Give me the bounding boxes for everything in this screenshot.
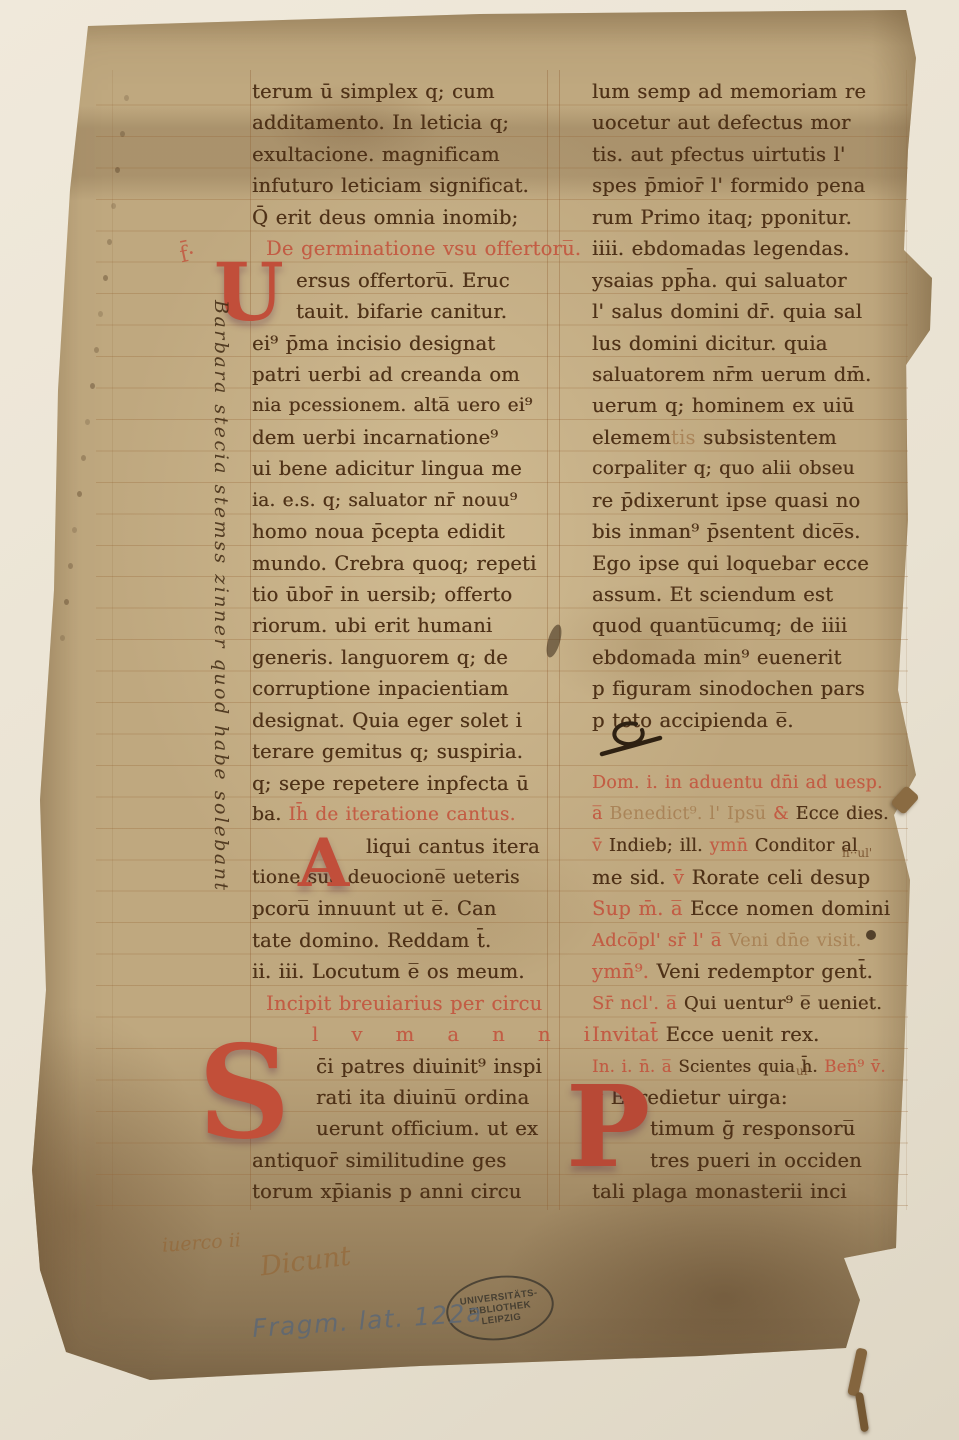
text-segment-red: v̄ <box>673 866 692 889</box>
manuscript-text-line: ia. e.s. q; saluator nr̄ nouu⁹ <box>252 485 552 516</box>
interlinear-gloss-2: ul' <box>796 1064 811 1078</box>
text-segment-ink: Indieb; ill. <box>609 836 710 856</box>
text-segment-red: ymn̄⁹. <box>592 960 656 983</box>
manuscript-text-line: corpaliter q; quo alii obseu <box>592 453 906 484</box>
manuscript-text-line: Incipit breuiarius per circu <box>252 988 552 1019</box>
manuscript-text-line: ba. Ih̄ de iteratione cantus. <box>252 799 552 830</box>
manuscript-text-line: Ego ipse qui loquebar ecce <box>592 548 906 579</box>
manuscript-text-line: tauit. bifarie canitur. <box>252 296 552 327</box>
text-segment-ink: timum ḡ responsoru̅ <box>650 1117 855 1140</box>
manuscript-text-line: torum xp̄ianis p anni circu <box>252 1176 552 1207</box>
text-segment-ink: dem uerbi incarnatione⁹ <box>252 426 498 449</box>
margin-annotation: Barbara stecia stemss zinner quod habe s… <box>210 300 232 1000</box>
manuscript-text-line: q; sepe repetere inpfecta ū <box>252 768 552 799</box>
text-segment-ink: me sid. <box>592 866 673 889</box>
manuscript-text-line: Sr̄ ncl'. a̅ Qui uentur⁹ e̅ ueniet. <box>592 988 906 1019</box>
manuscript-text-line: l' salus domini dr̄. quia sal <box>592 296 906 327</box>
prick-hole <box>77 491 82 497</box>
manuscript-text-line: spes p̄mior̄ l' formido pena <box>592 170 906 201</box>
text-segment-ink: elemem <box>592 426 671 449</box>
manuscript-text-line: ii. iii. Locutum e̅ os meum. <box>252 956 552 987</box>
text-segment-ink: saluatorem nr̄m uerum dm̄. <box>592 363 871 386</box>
text-segment-ink: riorum. ubi erit humani <box>252 614 492 637</box>
manuscript-text-line: assum. Et sciendum est <box>592 579 906 610</box>
manuscript-text-line: ei⁹ p̄ma incisio designat <box>252 328 552 359</box>
manuscript-text-line: homo noua p̄cepta edidit <box>252 516 552 547</box>
text-segment-faded: Benedict⁹. l' Ipsu̅ <box>609 804 773 824</box>
manuscript-text-line: riorum. ubi erit humani <box>252 610 552 641</box>
text-segment-ink: quod quantu̅cumq; de iiii <box>592 614 847 637</box>
manuscript-text-line: lus domini dicitur. quia <box>592 328 906 359</box>
text-segment-red: De germinatione vsu offertoru̅. <box>266 237 581 260</box>
text-segment-ink: tis. aut pfectus uirtutis l' <box>592 143 845 166</box>
text-segment-ink: re p̄dixerunt ipse quasi no <box>592 489 860 512</box>
text-segment-ink: terare gemitus q; suspiria. <box>252 740 523 763</box>
manuscript-text-line: ersus offertoru̅. Eruc <box>252 265 552 296</box>
text-segment-ink: ysaias pph̄a. qui saluator <box>592 269 847 292</box>
text-segment-ink: torum xp̄ianis p anni circu <box>252 1180 522 1203</box>
text-segment-red: ymn̄ <box>710 836 755 856</box>
manuscript-text-line: iiii. ebdomadas legendas. <box>592 233 906 264</box>
text-segment-ink: rati ita diuinu̅ ordina <box>316 1086 529 1109</box>
margin-rule-right <box>906 70 907 1210</box>
manuscript-text-line: pcoru̅ innuunt ut e̅. Can <box>252 893 552 924</box>
manuscript-text-line: quod quantu̅cumq; de iiii <box>592 610 906 641</box>
text-segment-ink: corruptione inpacientiam <box>252 677 509 700</box>
text-segment-ink: uerunt officium. ut ex <box>316 1117 538 1140</box>
initial-aliqui: A <box>298 834 349 893</box>
text-segment-ink: designat. Quia eger solet i <box>252 709 522 732</box>
text-segment-ink: ba. <box>252 804 288 825</box>
manuscript-text-line: nia pcessionem. alta̅ uero ei⁹ <box>252 390 552 421</box>
text-segment-ink: p figuram sinodochen pars <box>592 677 865 700</box>
manuscript-text-line: me sid. v̄ Rorate celi desup <box>592 862 906 893</box>
text-segment-ink: l' salus domini dr̄. quia sal <box>592 300 862 323</box>
manuscript-text-line: ymn̄⁹. Veni redemptor gent̄. <box>592 956 906 987</box>
manuscript-text-line: l v m a n n i . <box>252 1019 552 1050</box>
text-segment-ink: c̄i patres diuinit⁹ inspi <box>316 1055 542 1078</box>
manuscript-text-line: additamento. In leticia q; <box>252 107 552 138</box>
manuscript-text-line: bis inman⁹ p̄sentent dice̅s. <box>592 516 906 547</box>
right-text-column: lum semp ad memoriam reuocetur aut defec… <box>592 76 906 1208</box>
text-segment-ink: homo noua p̄cepta edidit <box>252 520 505 543</box>
text-segment-ink: ersus offertoru̅. Eruc <box>296 269 510 292</box>
text-segment-ink: lus domini dicitur. quia <box>592 332 828 355</box>
manuscript-text-line: ui bene adicitur lingua me <box>252 453 552 484</box>
text-segment-ink: patri uerbi ad creanda om <box>252 363 520 386</box>
manuscript-text-line: terare gemitus q; suspiria. <box>252 736 552 767</box>
manuscript-text-line: tate domino. Reddam t̄. <box>252 925 552 956</box>
prick-hole <box>81 455 86 461</box>
text-segment-ink: nia pcessionem. alta̅ uero ei⁹ <box>252 395 532 416</box>
prick-hole <box>107 239 112 245</box>
prick-hole <box>124 95 129 101</box>
text-segment-ink: corpaliter q; quo alii obseu <box>592 458 855 479</box>
manuscript-text-line: uerum q; hominem ex uiū <box>592 390 906 421</box>
manuscript-text-line: Q̄ erit deus omnia inomib; <box>252 202 552 233</box>
manuscript-text-line: corruptione inpacientiam <box>252 673 552 704</box>
margin-rule-left <box>112 70 113 1210</box>
manuscript-text-line: infuturo leticiam significat. <box>252 170 552 201</box>
manuscript-text-line: elememtis subsistentem <box>592 422 906 453</box>
prick-hole <box>94 347 99 353</box>
text-segment-ink: Veni redemptor gent̄. <box>656 960 872 983</box>
initial-sancti: S <box>198 1036 290 1151</box>
text-segment-ink: Rorate celi desup <box>692 866 871 889</box>
text-segment-faded: tis <box>671 426 696 449</box>
manuscript-text-line: antiquor̄ similitudine ges <box>252 1145 552 1176</box>
manuscript-text-line: tio ūbor̄ in uersib; offerto <box>252 579 552 610</box>
text-segment-ink: pcoru̅ innuunt ut e̅. Can <box>252 897 497 920</box>
text-segment-red: & <box>773 804 796 824</box>
text-segment-ink: Ecce dies. <box>796 804 889 824</box>
text-segment-ink: antiquor̄ similitudine ges <box>252 1149 506 1172</box>
text-segment-red: v̄ <box>592 836 609 856</box>
manuscript-text-line: uerunt officium. ut ex <box>252 1113 552 1144</box>
text-segment-ink: terum ū simplex q; cum <box>252 80 495 103</box>
text-segment-red: Sup m̄. a̅ <box>592 897 690 920</box>
text-segment-ink: ia. e.s. q; saluator nr̄ nouu⁹ <box>252 490 517 511</box>
manuscript-text-line: tis. aut pfectus uirtutis l' <box>592 139 906 170</box>
text-segment-ink: Qui uentur⁹ e̅ ueniet. <box>684 993 882 1014</box>
manuscript-text-line: liqui cantus itera <box>252 831 552 862</box>
prick-hole <box>60 635 65 641</box>
manuscript-text-line: Sup m̄. a̅ Ecce nomen domini <box>592 893 906 924</box>
text-segment-ink: tione sua deuocione̅ ueteris <box>252 867 520 888</box>
manuscript-text-line: ebdomada min⁹ euenerit <box>592 642 906 673</box>
text-segment-ink: rum Primo itaq; pponitur. <box>592 206 852 229</box>
pen-flourish-mark <box>598 716 668 764</box>
manuscript-text-line: terum ū simplex q; cum <box>252 76 552 107</box>
text-segment-ink: Ecce uenit rex. <box>666 1023 820 1046</box>
sewing-thread-2 <box>855 1392 869 1433</box>
manuscript-text-line: dem uerbi incarnatione⁹ <box>252 422 552 453</box>
initial-primum: P <box>566 1078 650 1179</box>
text-segment-ink: tres pueri in occiden <box>650 1149 862 1172</box>
prick-hole <box>103 275 108 281</box>
text-segment-ink: liqui cantus itera <box>366 835 540 858</box>
text-segment-ink: tio ūbor̄ in uersib; offerto <box>252 583 512 606</box>
text-segment-ink: ii. iii. Locutum e̅ os meum. <box>252 960 525 983</box>
text-segment-ink: lum semp ad memoriam re <box>592 80 866 103</box>
manuscript-text-line: p figuram sinodochen pars <box>592 673 906 704</box>
left-text-column: terum ū simplex q; cumadditamento. In le… <box>252 76 552 1208</box>
manuscript-text-line: Dom. i. in aduentu dn̄i ad uesp. <box>592 768 906 799</box>
text-segment-ink: assum. Et sciendum est <box>592 583 833 606</box>
manuscript-text-line: lum semp ad memoriam re <box>592 76 906 107</box>
interlinear-gloss-1: n̄··ul' <box>842 846 872 860</box>
ink-dot <box>866 930 876 940</box>
text-segment-ink: exultacione. magnificam <box>252 143 500 166</box>
text-segment-ink: uocetur aut defectus mor <box>592 111 851 134</box>
text-segment-red: Invitat̄ <box>592 1023 666 1046</box>
manuscript-text-line: mundo. Crebra quoq; repeti <box>252 548 552 579</box>
text-segment-ink: tauit. bifarie canitur. <box>296 300 507 323</box>
manuscript-text-line: exultacione. magnificam <box>252 139 552 170</box>
text-segment-red: Sr̄ ncl'. a̅ <box>592 993 684 1014</box>
text-segment-ink: q; sepe repetere inpfecta ū <box>252 772 529 795</box>
text-segment-ink: infuturo leticiam significat. <box>252 174 529 197</box>
text-segment-ink: ui bene adicitur lingua me <box>252 457 522 480</box>
text-segment-red: Incipit breuiarius per circu <box>266 992 542 1015</box>
prick-hole <box>90 383 95 389</box>
manuscript-text-line: designat. Quia eger solet i <box>252 705 552 736</box>
text-segment-red: Adco̅pl' sr̄ l' a̅ <box>592 930 729 951</box>
text-segment-ink: additamento. In leticia q; <box>252 111 509 134</box>
manuscript-text-line: Adco̅pl' sr̄ l' a̅ Veni dn̄e visit. <box>592 925 906 956</box>
text-segment-ink: bis inman⁹ p̄sentent dice̅s. <box>592 520 861 543</box>
text-segment-ink: generis. languorem q; de <box>252 646 508 669</box>
text-segment-ink: Ecce nomen domini <box>690 897 890 920</box>
text-segment-ink: Ego ipse qui loquebar ecce <box>592 552 869 575</box>
manuscript-text-line: rum Primo itaq; pponitur. <box>592 202 906 233</box>
manuscript-text-line: c̄i patres diuinit⁹ inspi <box>252 1051 552 1082</box>
text-segment-ink: uerum q; hominem ex uiū <box>592 394 854 417</box>
manuscript-text-line: ysaias pph̄a. qui saluator <box>592 265 906 296</box>
manuscript-text-line: tione sua deuocione̅ ueteris <box>252 862 552 893</box>
text-segment-red: Dom. i. in aduentu dn̄i ad uesp. <box>592 773 883 793</box>
manuscript-text-line: rati ita diuinu̅ ordina <box>252 1082 552 1113</box>
text-segment-red: a̅ <box>592 804 609 824</box>
text-segment-faded: Veni dn̄e visit. <box>729 930 862 951</box>
text-segment-red: Ben̄⁹ v̄. <box>824 1057 886 1076</box>
manuscript-text-line: a̅ Benedict⁹. l' Ipsu̅ & Ecce dies. <box>592 799 906 830</box>
manuscript-text-line: uocetur aut defectus mor <box>592 107 906 138</box>
manuscript-text-line: De germinatione vsu offertoru̅. <box>252 233 552 264</box>
text-segment-ink: ei⁹ p̄ma incisio designat <box>252 332 495 355</box>
text-segment-ink: Q̄ erit deus omnia inomib; <box>252 206 518 229</box>
text-segment-ink: iiii. ebdomadas legendas. <box>592 237 850 260</box>
manuscript-text-line: Invitat̄ Ecce uenit rex. <box>592 1019 906 1050</box>
sewing-thread-1 <box>847 1347 868 1396</box>
text-segment-ink: ebdomada min⁹ euenerit <box>592 646 842 669</box>
text-segment-red: Ih̄ de iteratione cantus. <box>288 804 515 825</box>
manuscript-text-line: re p̄dixerunt ipse quasi no <box>592 485 906 516</box>
text-segment-ink: subsistentem <box>696 426 837 449</box>
manuscript-photo: terum ū simplex q; cumadditamento. In le… <box>0 0 959 1440</box>
prick-hole <box>120 131 125 137</box>
manuscript-text-line: patri uerbi ad creanda om <box>252 359 552 390</box>
text-segment-ink: tate domino. Reddam t̄. <box>252 929 491 952</box>
text-segment-ink: mundo. Crebra quoq; repeti <box>252 552 537 575</box>
manuscript-text-line: saluatorem nr̄m uerum dm̄. <box>592 359 906 390</box>
prick-hole <box>64 599 69 605</box>
manuscript-text-line: generis. languorem q; de <box>252 642 552 673</box>
text-segment-ink: spes p̄mior̄ l' formido pena <box>592 174 865 197</box>
